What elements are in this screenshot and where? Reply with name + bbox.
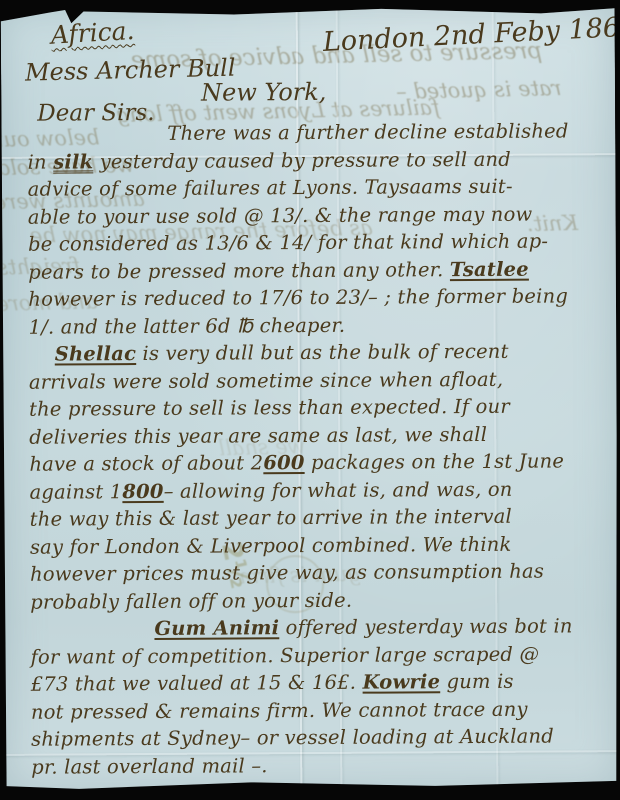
underlined-term: Kowrie xyxy=(362,670,440,693)
line-text: however is reduced to 17/6 to 23/– ; the… xyxy=(28,284,568,310)
line-text: for want of competition. Superior large … xyxy=(31,642,540,668)
endorsement-ship-name: Africa. xyxy=(50,16,135,50)
line-text: able to your use sold @ 13/. & the range… xyxy=(28,202,533,228)
line-text: – allowing for what is, and was, on xyxy=(164,477,513,502)
letter-line: however is reduced to 17/6 to 23/– ; the… xyxy=(28,282,606,313)
letter-line: the way this & last year to arrive in th… xyxy=(30,502,608,533)
underlined-term: Shellac xyxy=(55,342,137,365)
line-text: pears to be pressed more than any other. xyxy=(28,258,450,284)
line-text: 1/. and the latter 6d ℔ cheaper. xyxy=(28,313,345,338)
letter-body: There was a further decline establishedi… xyxy=(27,117,609,781)
underlined-term: 600 xyxy=(263,451,304,474)
line-text: yesterday caused by pressure to sell and xyxy=(93,147,511,173)
line-text: the pressure to sell is less than expect… xyxy=(29,395,510,421)
underlined-term: silk xyxy=(53,150,93,173)
line-text: advice of some failures at Lyons. Taysaa… xyxy=(28,175,513,201)
line-text: probably fallen off on your side. xyxy=(30,588,352,613)
letter-line: shipments at Sydney– or vessel loading a… xyxy=(31,722,609,753)
line-text: however prices must give way, as consump… xyxy=(30,560,544,586)
letter-line: be considered as 13/6 & 14/ for that kin… xyxy=(28,227,606,258)
letter-line: pr. last overland mail –. xyxy=(31,750,609,781)
line-text: There was a further decline established xyxy=(167,119,568,144)
letter-line: however prices must give way, as consump… xyxy=(30,557,608,588)
underlined-term: Gum Animi xyxy=(154,616,279,640)
dateline: London 2nd Feby 1861. xyxy=(322,11,620,58)
line-text: against 1 xyxy=(29,480,122,504)
line-text: gum is xyxy=(440,670,514,693)
line-text: £73 that we valued at 15 & 16£. xyxy=(31,671,363,696)
letter-line: the pressure to sell is less than expect… xyxy=(29,392,607,423)
line-text: arrivals were sold sometime since when a… xyxy=(29,367,503,393)
letter-line: Gum Animi offered yesterday was bot in xyxy=(30,612,608,643)
letter-line: probably fallen off on your side. xyxy=(30,585,608,616)
underlined-term: 800 xyxy=(122,479,163,502)
underlined-term: Tsatlee xyxy=(450,257,529,280)
line-text: pr. last overland mail –. xyxy=(31,754,268,778)
line-text: say for London & Liverpool combined. We … xyxy=(30,532,512,558)
line-text: be considered as 13/6 & 14/ for that kin… xyxy=(28,230,548,256)
addressee-city: New York, xyxy=(201,78,326,107)
letter-paper: pressure to sell and advice of somerate … xyxy=(1,5,620,791)
letter-line: have a stock of about 2600 packages on t… xyxy=(29,447,607,478)
line-text: offered yesterday was bot in xyxy=(279,614,573,639)
line-text: is very dull but as the bulk of recent xyxy=(136,340,509,365)
letter-line: say for London & Liverpool combined. We … xyxy=(30,530,608,561)
line-text: shipments at Sydney– or vessel loading a… xyxy=(31,725,554,751)
line-text: not pressed & remains firm. We cannot tr… xyxy=(31,697,528,723)
letter-line: in silk yesterday caused by pressure to … xyxy=(27,145,605,176)
line-text: deliveries this year are same as last, w… xyxy=(29,422,487,448)
line-text: the way this & last year to arrive in th… xyxy=(30,505,512,531)
letter-line: able to your use sold @ 13/. & the range… xyxy=(28,200,606,231)
letter-line: Shellac is very dull but as the bulk of … xyxy=(29,337,607,368)
letter-line: against 1800– allowing for what is, and … xyxy=(29,475,607,506)
line-text: have a stock of about 2 xyxy=(29,451,263,475)
letter-line: There was a further decline established xyxy=(27,117,605,148)
line-text: packages on the 1st June xyxy=(305,449,565,474)
letter-line: deliveries this year are same as last, w… xyxy=(29,420,607,451)
letter-line: advice of some failures at Lyons. Taysaa… xyxy=(28,172,606,203)
letter-line: £73 that we valued at 15 & 16£. Kowrie g… xyxy=(31,667,609,698)
letter-line: 1/. and the latter 6d ℔ cheaper. xyxy=(28,310,606,341)
ghost-text-line: rate is quoted – xyxy=(396,76,562,104)
letter-line: pears to be pressed more than any other.… xyxy=(28,255,606,286)
line-text: in xyxy=(27,150,53,173)
letter-line: for want of competition. Superior large … xyxy=(30,640,608,671)
letter-line: not pressed & remains firm. We cannot tr… xyxy=(31,695,609,726)
letter-line: arrivals were sold sometime since when a… xyxy=(29,365,607,396)
